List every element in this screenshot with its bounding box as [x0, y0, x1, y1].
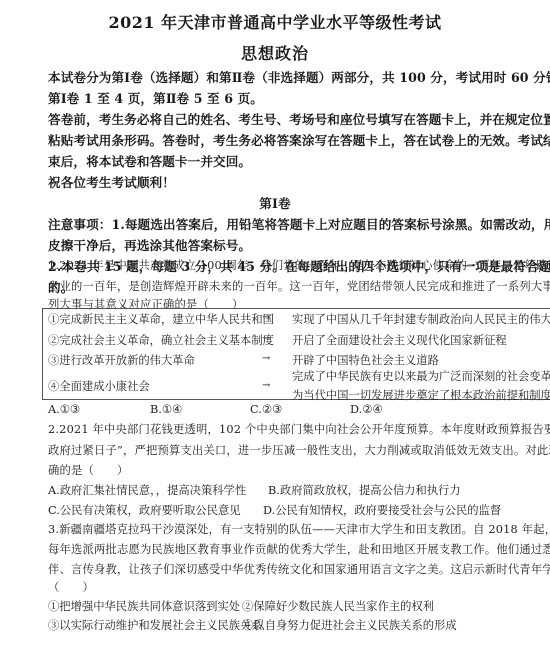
q1-option-c[interactable]: C.②③: [250, 403, 282, 416]
q1-table-meaning: 完成了中华民族有史以来最为广泛而深刻的社会变革，: [292, 368, 550, 384]
q2-stem-line: 政府过紧日子”，严把预算支出关口，进一步压减一般性支出，大力削减或取消低效无效支…: [48, 442, 550, 458]
notes-line: 注意事项：1.每题选出答案后，用铅笔将答题卡上对应题目的答案标号涂黑。如需改动，…: [48, 214, 550, 233]
q1-table-event: ①完成新民主主义革命，建立中华人民共和国: [48, 311, 274, 327]
q2-option-d[interactable]: D.公民有知情权，政府要接受社会与公民的监督: [263, 502, 501, 518]
instruction-line: 粘贴考试用条形码。答卷时，考生务必将答案涂写在答题卡上，答在试卷上的无效。考试结: [48, 130, 550, 149]
q1-table-event: ④全面建成小康社会: [48, 378, 150, 394]
good-luck-line: 祝各位考生考试顺利！: [48, 172, 175, 191]
exam-page: 2021 年天津市普通高中学业水平等级性考试 思想政治 本试卷分为第Ⅰ卷（选择题…: [0, 0, 550, 646]
q1-stem-line: 立业的一百年，是创造辉煌开辟未来的一百年。这一百年，党团结带领人民完成和推进了一…: [48, 278, 550, 294]
notes-line: 皮擦干净后，再选涂其他答案标号。: [48, 235, 251, 254]
q3-stem-line: 3.新疆南疆塔克拉玛干沙漠深处，有一支特别的队伍——天津市大学生和田支教团。自 …: [48, 521, 550, 537]
section-heading: 第Ⅰ卷: [0, 193, 550, 212]
q3-stem-line: 每年选派两批志愿为民族地区教育事业作贡献的优秀大学生，赴和田地区开展支教工作。他…: [48, 541, 550, 557]
exam-title: 2021 年天津市普通高中学业水平等级性考试: [0, 10, 550, 33]
q1-table-meaning: 开启了全面建设社会主义现代化国家新征程: [292, 332, 507, 348]
arrow-right-icon: →: [262, 312, 270, 323]
q3-statement-1: ①把增强中华民族共同体意识落到实处: [48, 598, 240, 614]
q2-option-c[interactable]: C.公民有决策权，政府要听取公民意见: [48, 502, 241, 518]
q2-option-a[interactable]: A.政府汇集社情民意，，提高决策科学性: [48, 482, 246, 498]
q1-table-event: ②完成社会主义革命，确立社会主义基本制度: [48, 332, 274, 348]
instruction-line: 答卷前，考生务必将自己的姓名、考生号、考场号和座位号填写在答题卡上，并在规定位置: [48, 109, 550, 128]
q1-option-a[interactable]: A.①③: [48, 403, 80, 416]
q2-stem-line: 2.2021 年中央部门花钱更透明，102 个中央部门集中向社会公开年度预算。本…: [48, 421, 550, 437]
exam-subject: 思想政治: [0, 41, 550, 64]
instruction-line: 束后，将本试卷和答题卡一并交回。: [48, 151, 251, 170]
q1-option-b[interactable]: B.①④: [150, 403, 182, 416]
q3-statement-2: ②保障好少数民族人民当家作主的权利: [242, 598, 434, 614]
arrow-right-icon: →: [262, 353, 270, 364]
q3-statement-4: ④以自身努力促进社会主义民族关系的形成: [242, 617, 457, 633]
q1-table-event: ③进行改革开放新的伟大革命: [48, 352, 195, 368]
q1-table-meaning: 实现了中国从几千年封建专制政治向人民民主的伟大飞跃: [292, 311, 550, 327]
q3-statement-3: ③以实际行动维护和发展社会主义民族关系: [48, 617, 263, 633]
q3-stem-line: （ ）: [48, 579, 94, 595]
q1-option-d[interactable]: D.②④: [350, 403, 383, 416]
instruction-line: 本试卷分为第Ⅰ卷（选择题）和第Ⅱ卷（非选择题）两部分，共 100 分，考试用时 …: [48, 67, 550, 86]
q1-table-meaning: 开辟了中国特色社会主义道路: [292, 352, 439, 368]
q2-option-b[interactable]: B.政府简政放权，提高公信力和执行力: [268, 482, 461, 498]
arrow-right-icon: →: [262, 380, 270, 391]
q1-table-meaning: 为当代中国一切发展进步奠定了根本政治前提和制度基础: [292, 387, 550, 403]
instruction-line: 第Ⅰ卷 1 至 4 页，第Ⅱ卷 5 至 6 页。: [48, 88, 263, 107]
q1-stem-line: 1.2021 年是中国共产党成立 100 周年。我们党的一百年，是矢志践行初心使…: [48, 257, 550, 273]
q3-stem-line: 伴、言传身教，让孩子们深切感受中华优秀传统文化和国家通用语言文字之美。这启示新时…: [48, 561, 550, 577]
q2-stem-line: 确的是（ ）: [48, 462, 128, 478]
arrow-right-icon: →: [262, 333, 270, 344]
